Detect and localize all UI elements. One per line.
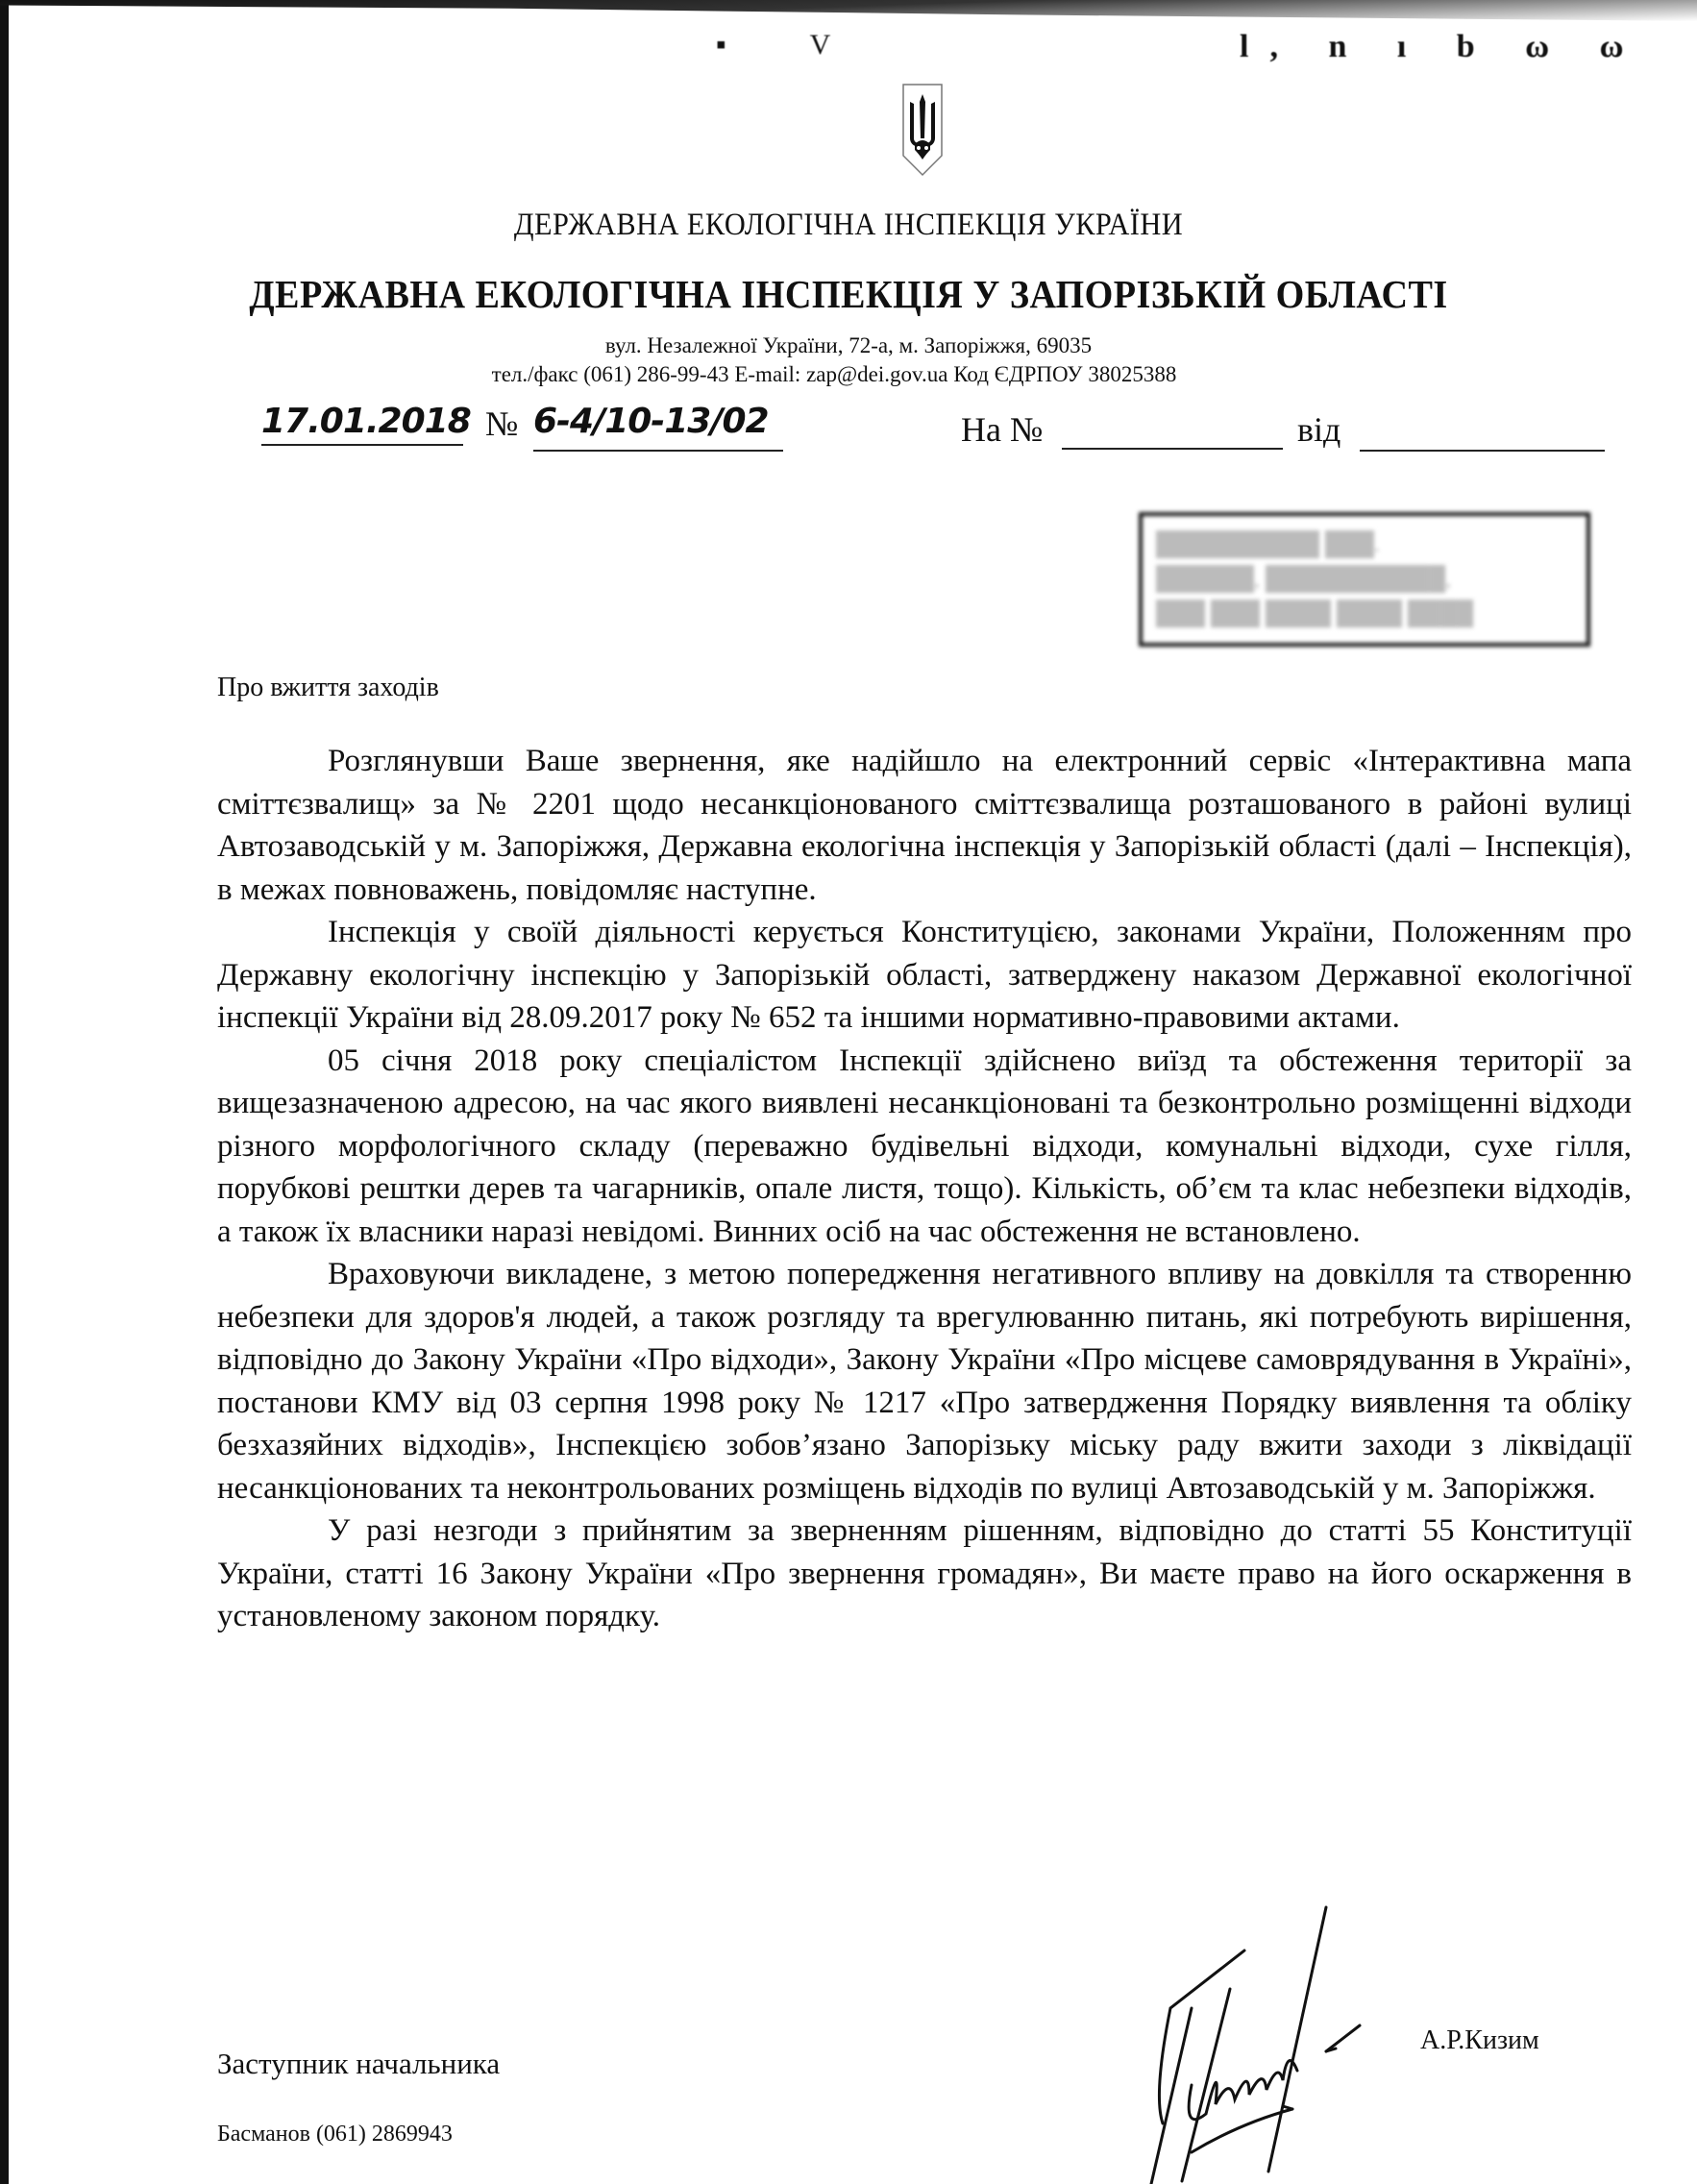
recipient-line: ███ ███ ████ ████ ████ (1156, 597, 1573, 631)
reply-from-date-field (1360, 450, 1605, 452)
body-paragraph: Інспекція у своїй діяльності керується К… (217, 911, 1632, 1040)
recipient-block-redacted: ██████████ ███. ██████, ███████████, ███… (1139, 512, 1590, 647)
reply-from-label: від (1297, 409, 1340, 450)
outgoing-number: 6-4/10-13/02 (533, 402, 783, 452)
agency-contacts: вул. Незалежної України, 72-а, м. Запорі… (0, 331, 1697, 389)
recipient-line: ██████, ███████████, (1156, 562, 1573, 597)
handwritten-signature-icon (1047, 1883, 1413, 2184)
signer-position: Заступник начальника (217, 2047, 500, 2081)
registration-row: 17.01.2018 № 6-4/10-13/02 На № від (240, 402, 1605, 459)
scan-top-edge (0, 0, 1697, 21)
signer-name: А.Р.Кизим (1420, 2025, 1539, 2056)
trident-coat-of-arms-icon (901, 81, 944, 177)
body-paragraph: 05 січня 2018 року спеціалістом Інспекці… (217, 1040, 1632, 1254)
body-paragraph: У разі незгоди з прийнятим за зверненням… (217, 1509, 1632, 1638)
agency-phone-email: тел./факс (061) 286-99-43 E-mail: zap@de… (0, 360, 1697, 389)
agency-name: ДЕРЖАВНА ЕКОЛОГІЧНА ІНСПЕКЦІЯ У ЗАПОРІЗЬ… (60, 271, 1637, 317)
letter-subject: Про вжиття заходів (217, 673, 439, 703)
scan-artifact-marks-left: ▪ V (716, 29, 869, 61)
reply-to-number-field (1062, 448, 1283, 450)
executor-contact: Басманов (061) 2869943 (217, 2122, 453, 2147)
number-label: № (485, 404, 518, 444)
scan-artifact-marks-right: l, n ı b ω ω (1240, 29, 1644, 65)
agency-address: вул. Незалежної України, 72-а, м. Запорі… (0, 331, 1697, 360)
agency-parent-name: ДЕРЖАВНА ЕКОЛОГІЧНА ІНСПЕКЦІЯ УКРАЇНИ (68, 208, 1630, 243)
body-paragraph: Враховуючи викладене, з метою попереджен… (217, 1253, 1632, 1509)
outgoing-date: 17.01.2018 (261, 402, 463, 446)
recipient-line: ██████████ ███. (1156, 528, 1573, 562)
body-paragraph: Розглянувши Ваше звернення, яке надійшло… (217, 740, 1632, 911)
reply-to-label: На № (961, 409, 1043, 450)
scan-left-edge (0, 0, 9, 2184)
letter-body: Розглянувши Ваше звернення, яке надійшло… (217, 740, 1632, 1638)
